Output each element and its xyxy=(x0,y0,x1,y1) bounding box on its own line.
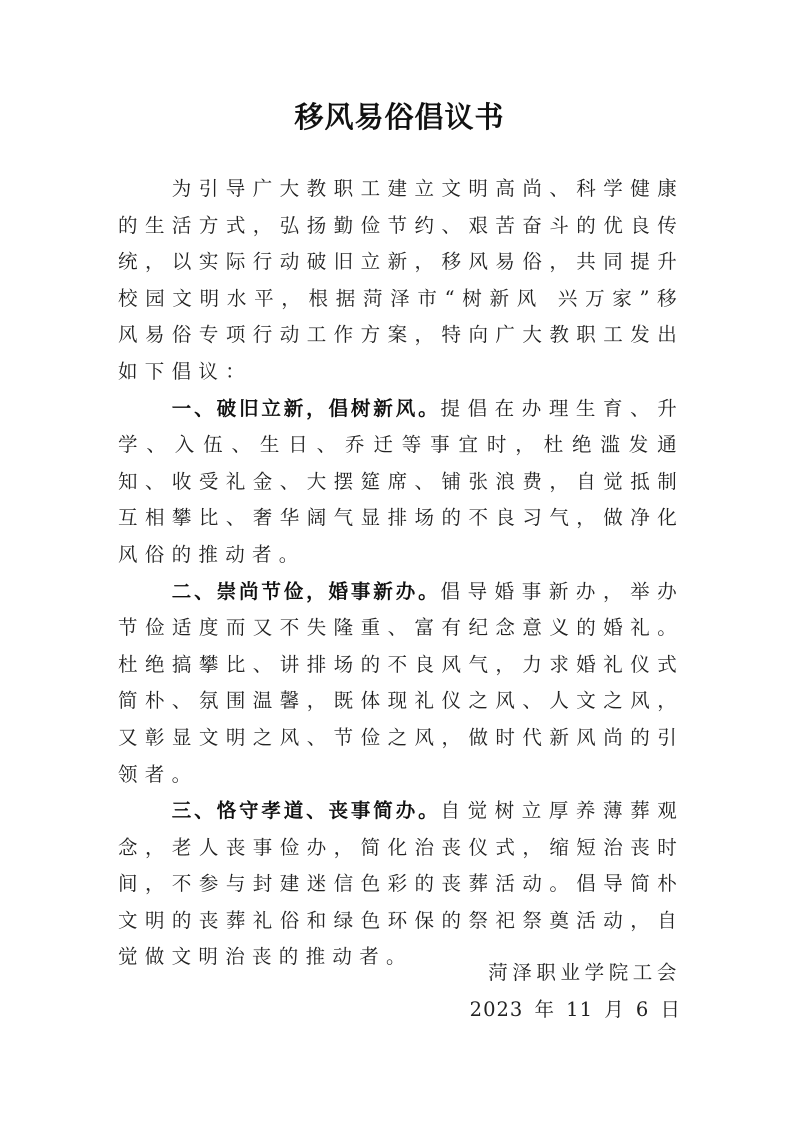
section-text-1: 提倡在办理生育、升学、入伍、生日、乔迁等事宜时，杜绝滥发通知、收受礼金、大摆筵席… xyxy=(118,397,684,566)
document-body: 为引导广大教职工建立文明高尚、科学健康的生活方式，弘扬勤俭节约、艰苦奋斗的优良传… xyxy=(118,171,684,976)
section-paragraph-3: 三、恪守孝道、丧事简办。自觉树立厚养薄葬观念，老人丧事俭办，简化治丧仪式，缩短治… xyxy=(118,793,684,976)
section-heading-3: 三、恪守孝道、丧事简办。 xyxy=(172,799,441,822)
section-heading-2: 二、崇尚节俭，婚事新办。 xyxy=(172,580,441,603)
section-paragraph-2: 二、崇尚节俭，婚事新办。倡导婚事新办，举办节俭适度而又不失隆重、富有纪念意义的婚… xyxy=(118,574,684,794)
section-text-2: 倡导婚事新办，举办节俭适度而又不失隆重、富有纪念意义的婚礼。杜绝搞攀比、讲排场的… xyxy=(118,580,684,786)
signature-date: 2023 年 11 月 6 日 xyxy=(470,992,681,1028)
document-title: 移风易俗倡议书 xyxy=(0,97,799,137)
document-page: 移风易俗倡议书 为引导广大教职工建立文明高尚、科学健康的生活方式，弘扬勤俭节约、… xyxy=(0,0,799,1131)
signature-organization: 菏泽职业学院工会 xyxy=(488,955,681,991)
intro-paragraph: 为引导广大教职工建立文明高尚、科学健康的生活方式，弘扬勤俭节约、艰苦奋斗的优良传… xyxy=(118,171,684,391)
section-text-3: 自觉树立厚养薄葬观念，老人丧事俭办，简化治丧仪式，缩短治丧时间，不参与封建迷信色… xyxy=(118,799,684,968)
section-heading-1: 一、破旧立新，倡树新风。 xyxy=(172,397,441,420)
section-paragraph-1: 一、破旧立新，倡树新风。提倡在办理生育、升学、入伍、生日、乔迁等事宜时，杜绝滥发… xyxy=(118,391,684,574)
